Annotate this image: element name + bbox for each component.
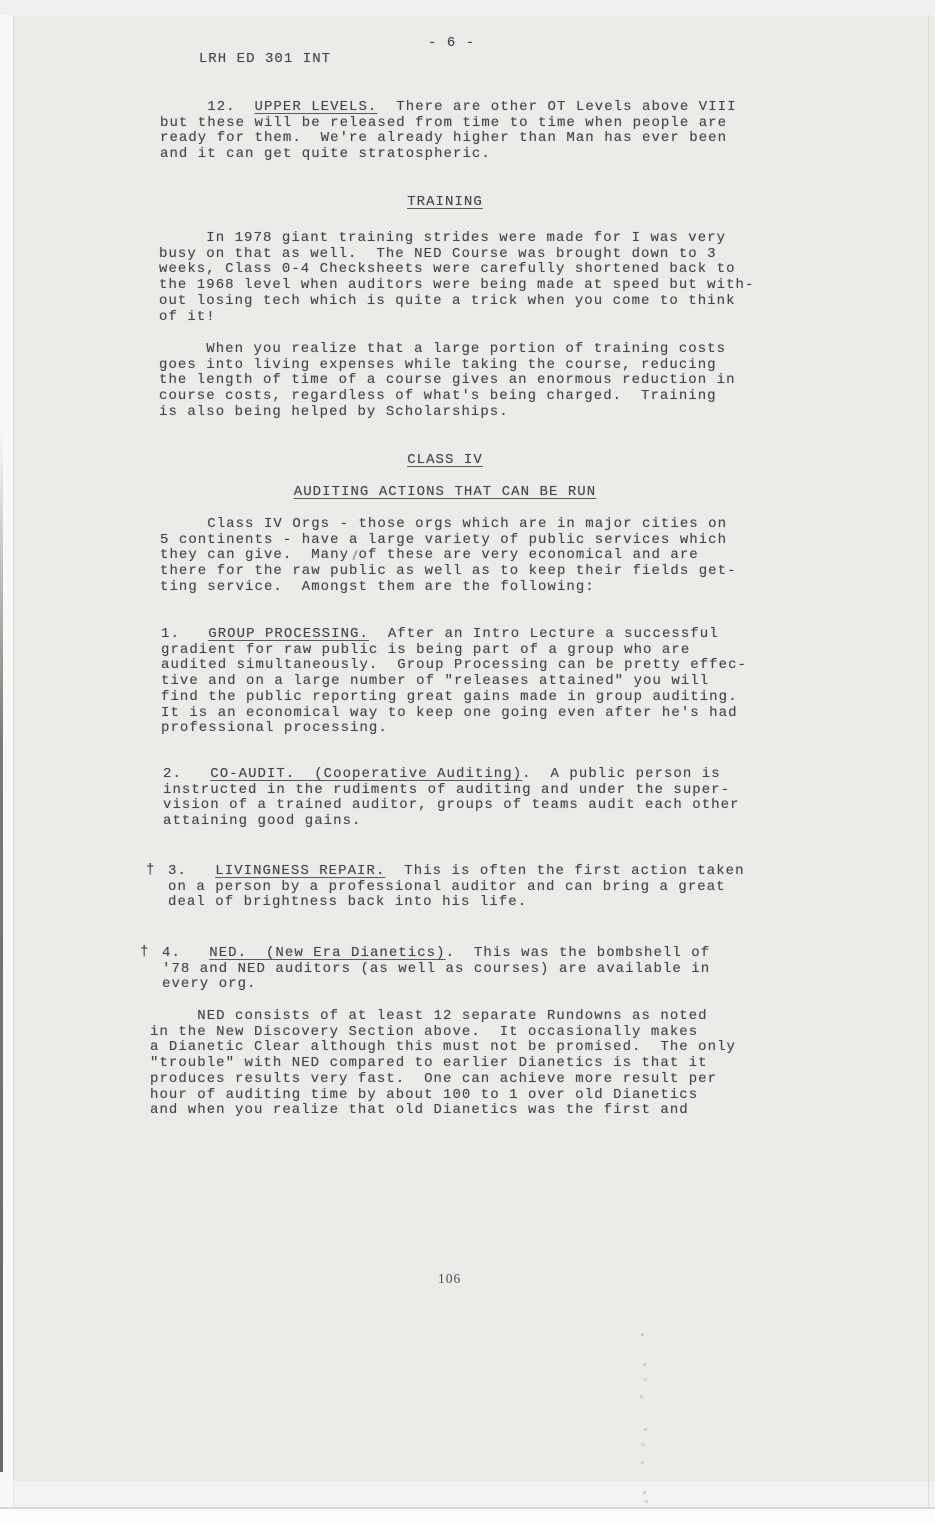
para-upper-levels: 12. UPPER LEVELS. There are other OT Lev… (160, 100, 737, 163)
heading-auditing-actions-title: AUDITING ACTIONS THAT CAN BE RUN (294, 484, 596, 500)
para-upper-levels-text: 12. (160, 99, 255, 115)
item-group-processing-title: GROUP PROCESSING. (208, 626, 369, 642)
paragraph-ned-details: NED consists of at least 12 separate Run… (150, 1009, 736, 1119)
paragraph-class-iv-orgs: Class IV Orgs - those orgs which are in … (160, 517, 737, 596)
item-co-audit-text: 2. (163, 766, 210, 782)
paragraph-training-strides-text: In 1978 giant training strides were made… (159, 230, 754, 325)
paragraph-training-costs: When you realize that a large portion of… (159, 342, 736, 421)
heading-training-title: TRAINING (407, 194, 483, 210)
heading-auditing-actions: AUDITING ACTIONS THAT CAN BE RUN (155, 485, 735, 501)
item-livingness-repair-title: LIVINGNESS REPAIR. (215, 863, 385, 879)
item-livingness-repair: †3. LIVINGNESS REPAIR. This is often the… (168, 864, 745, 911)
heading-class-iv: CLASS IV (155, 453, 735, 469)
paragraph-ned-details-text: NED consists of at least 12 separate Run… (150, 1008, 736, 1118)
dagger-mark: † (146, 863, 155, 879)
para-upper-levels-title: UPPER LEVELS. (255, 99, 378, 115)
item-livingness-repair-text: 3. (168, 863, 215, 879)
item-group-processing-text: 1. (161, 626, 208, 642)
header-page-marker: - 6 - (428, 36, 475, 52)
item-group-processing-text: After an Intro Lecture a successful grad… (161, 626, 747, 736)
page-header: LRH ED 301 INT- 6 - (161, 36, 331, 83)
item-ned-title: NED. (New Era Dianetics) (209, 945, 445, 961)
heading-training: TRAINING (155, 195, 735, 211)
item-group-processing: 1. GROUP PROCESSING. After an Intro Lect… (161, 627, 747, 737)
heading-class-iv-title: CLASS IV (407, 452, 483, 468)
item-ned-text: 4. (162, 945, 209, 961)
paragraph-class-iv-orgs-text: Class IV Orgs - those orgs which are in … (160, 516, 737, 595)
item-ned: †4. NED. (New Era Dianetics). This was t… (162, 946, 710, 993)
dagger-mark: † (140, 945, 149, 961)
document-text: LRH ED 301 INT- 6 - 106 12. UPPER LEVELS… (0, 0, 935, 1523)
paragraph-training-strides: In 1978 giant training strides were made… (159, 231, 754, 325)
item-co-audit: 2. CO-AUDIT. (Cooperative Auditing). A p… (163, 767, 740, 830)
page-number: 106 (438, 1271, 461, 1287)
item-co-audit-title: CO-AUDIT. (Cooperative Auditing) (210, 766, 522, 782)
paragraph-training-costs-text: When you realize that a large portion of… (159, 341, 736, 420)
header-issue-id: LRH ED 301 INT (199, 51, 331, 67)
